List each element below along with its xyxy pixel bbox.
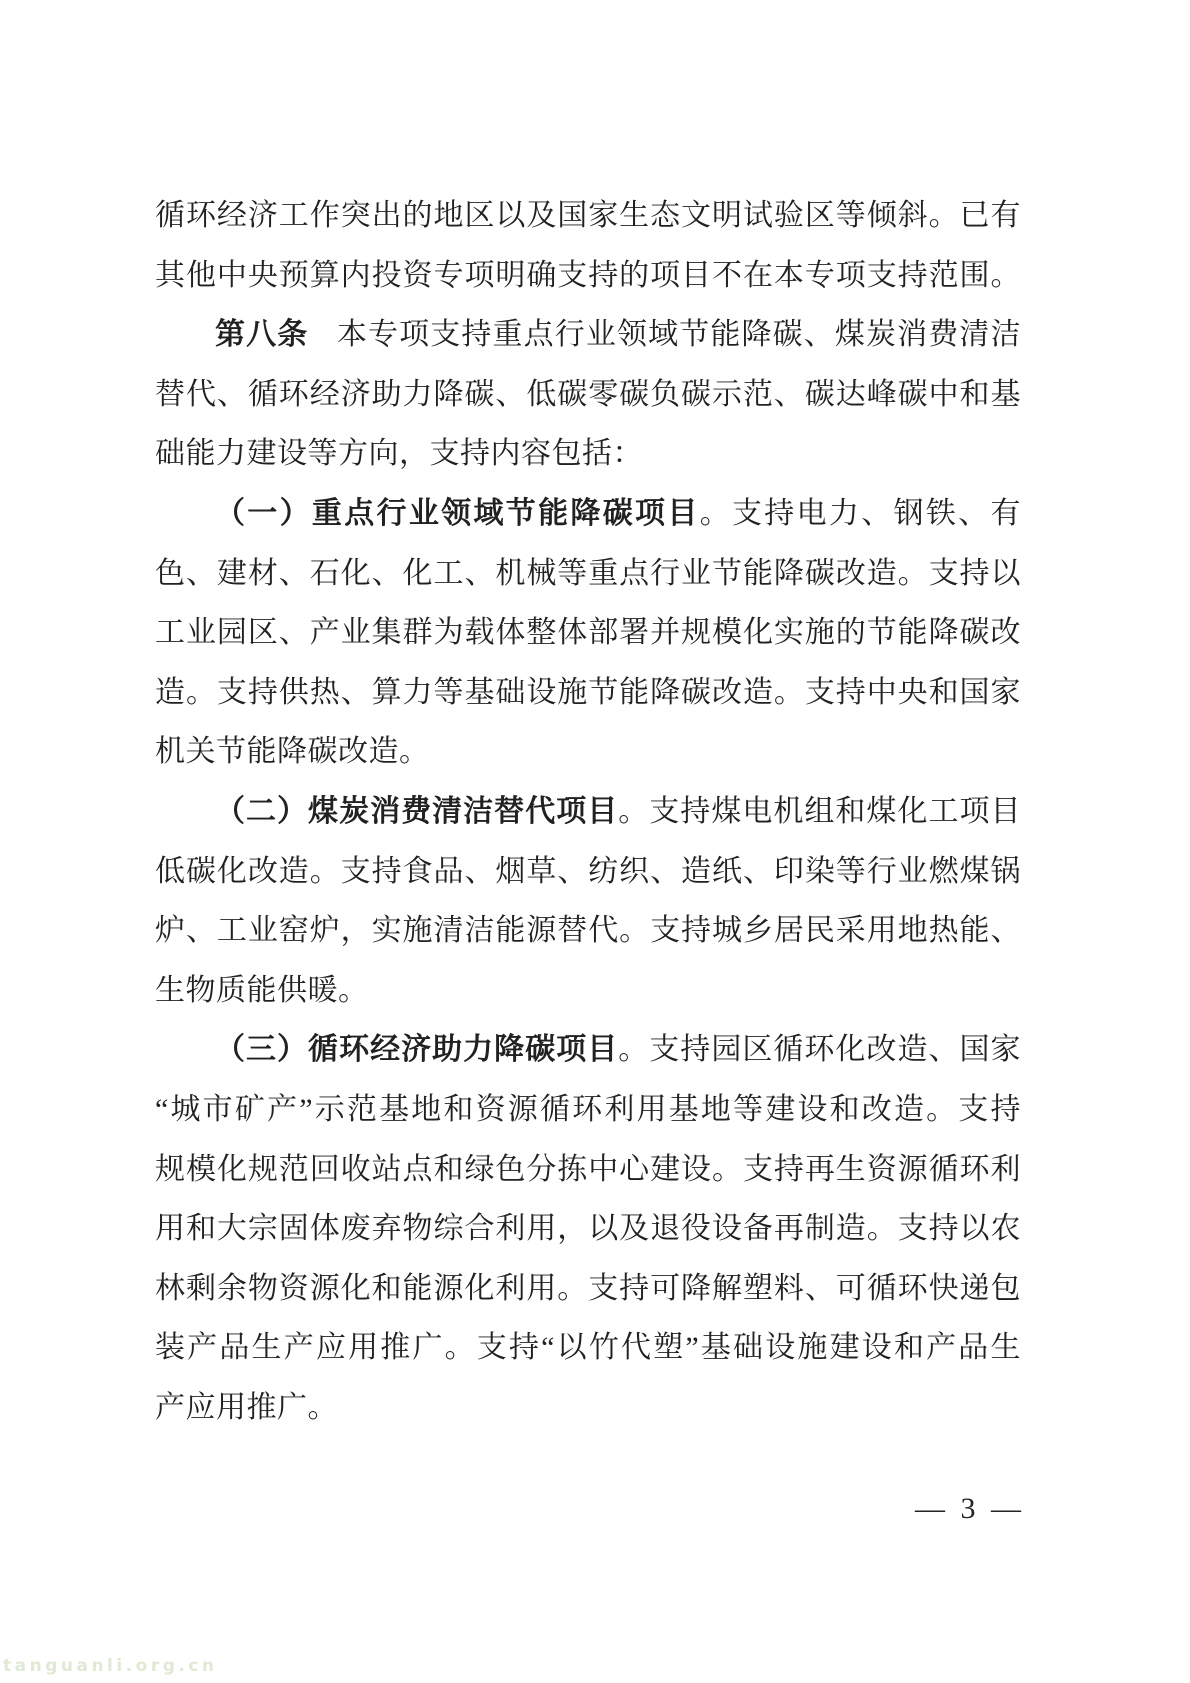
text-line: “城市矿产”示范基地和资源循环利用基地等建设和改造。支持 xyxy=(155,1080,1021,1140)
text-run: 循环经济工作突出的地区以及国家生态文明试验区等倾斜。已有 xyxy=(155,199,1021,232)
text-run: 色、建材、石化、化工、机械等重点行业节能降碳改造。支持以 xyxy=(155,557,1021,590)
text-run: 机关节能降碳改造。 xyxy=(155,735,430,768)
text-line: 循环经济工作突出的地区以及国家生态文明试验区等倾斜。已有 xyxy=(155,186,1021,246)
text-run: 础能力建设等方向，支持内容包括： xyxy=(155,437,643,470)
text-line: 林剩余物资源化和能源化利用。支持可降解塑料、可循环快递包 xyxy=(155,1259,1021,1319)
text-line-item-3: （三）循环经济助力降碳项目。支持园区循环化改造、国家 xyxy=(155,1020,1021,1080)
text-run: 规模化规范回收站点和绿色分拣中心建设。支持再生资源循环利 xyxy=(155,1153,1021,1186)
text-line: 低碳化改造。支持食品、烟草、纺织、造纸、印染等行业燃煤锅 xyxy=(155,842,1021,902)
item-heading-run: （二）煤炭消费清洁替代项目 xyxy=(215,795,618,828)
text-line: 生物质能供暖。 xyxy=(155,961,1021,1021)
text-run: 产应用推广。 xyxy=(155,1391,338,1424)
watermark-text: tanguanli.org.cn xyxy=(3,1656,218,1676)
text-run: 造。支持供热、算力等基础设施节能降碳改造。支持中央和国家 xyxy=(155,676,1021,709)
item-heading-run: （一）重点行业领域节能降碳项目 xyxy=(215,497,700,530)
text-line: 规模化规范回收站点和绿色分拣中心建设。支持再生资源循环利 xyxy=(155,1140,1021,1200)
text-line: 色、建材、石化、化工、机械等重点行业节能降碳改造。支持以 xyxy=(155,544,1021,604)
text-line: 装产品生产应用推广。支持“以竹代塑”基础设施建设和产品生 xyxy=(155,1318,1021,1378)
document-body: 循环经济工作突出的地区以及国家生态文明试验区等倾斜。已有 其他中央预算内投资专项… xyxy=(155,186,1021,1437)
text-run: 。支持煤电机组和煤化工项目 xyxy=(618,795,1021,828)
text-line-item-2: （二）煤炭消费清洁替代项目。支持煤电机组和煤化工项目 xyxy=(155,782,1021,842)
text-run: 替代、循环经济助力降碳、低碳零碳负碳示范、碳达峰碳中和基 xyxy=(155,378,1021,411)
text-run: 工业园区、产业集群为载体整体部署并规模化实施的节能降碳改 xyxy=(155,616,1021,649)
text-run: 。支持园区循环化改造、国家 xyxy=(618,1033,1021,1066)
text-run: 用和大宗固体废弃物综合利用，以及退役设备再制造。支持以农 xyxy=(155,1212,1021,1245)
text-line: 用和大宗固体废弃物综合利用，以及退役设备再制造。支持以农 xyxy=(155,1199,1021,1259)
text-run: “城市矿产”示范基地和资源循环利用基地等建设和改造。支持 xyxy=(155,1093,1021,1126)
text-run: 生物质能供暖。 xyxy=(155,974,369,1007)
text-run: 炉、工业窑炉，实施清洁能源替代。支持城乡居民采用地热能、 xyxy=(155,914,1021,947)
text-run: 其他中央预算内投资专项明确支持的项目不在本专项支持范围。 xyxy=(155,259,1021,292)
document-page: 循环经济工作突出的地区以及国家生态文明试验区等倾斜。已有 其他中央预算内投资专项… xyxy=(0,0,1190,1683)
text-run: 低碳化改造。支持食品、烟草、纺织、造纸、印染等行业燃煤锅 xyxy=(155,855,1021,888)
text-run: 装产品生产应用推广。支持“以竹代塑”基础设施建设和产品生 xyxy=(155,1331,1021,1364)
text-run: 。支持电力、钢铁、有 xyxy=(700,497,1021,530)
text-line: 替代、循环经济助力降碳、低碳零碳负碳示范、碳达峰碳中和基 xyxy=(155,365,1021,425)
item-heading-run: （三）循环经济助力降碳项目 xyxy=(215,1033,618,1066)
text-line: 产应用推广。 xyxy=(155,1378,1021,1438)
text-line: 工业园区、产业集群为载体整体部署并规模化实施的节能降碳改 xyxy=(155,603,1021,663)
text-line: 炉、工业窑炉，实施清洁能源替代。支持城乡居民采用地热能、 xyxy=(155,901,1021,961)
text-line: 造。支持供热、算力等基础设施节能降碳改造。支持中央和国家 xyxy=(155,663,1021,723)
text-run: 林剩余物资源化和能源化利用。支持可降解塑料、可循环快递包 xyxy=(155,1272,1021,1305)
text-line-article-8: 第八条本专项支持重点行业领域节能降碳、煤炭消费清洁 xyxy=(155,305,1021,365)
text-run: 本专项支持重点行业领域节能降碳、煤炭消费清洁 xyxy=(337,318,1021,351)
article-heading-run: 第八条 xyxy=(215,318,308,351)
text-line: 其他中央预算内投资专项明确支持的项目不在本专项支持范围。 xyxy=(155,246,1021,306)
text-line: 机关节能降碳改造。 xyxy=(155,722,1021,782)
page-number: — 3 — xyxy=(915,1492,1025,1526)
text-line: 础能力建设等方向，支持内容包括： xyxy=(155,424,1021,484)
text-line-item-1: （一）重点行业领域节能降碳项目。支持电力、钢铁、有 xyxy=(155,484,1021,544)
